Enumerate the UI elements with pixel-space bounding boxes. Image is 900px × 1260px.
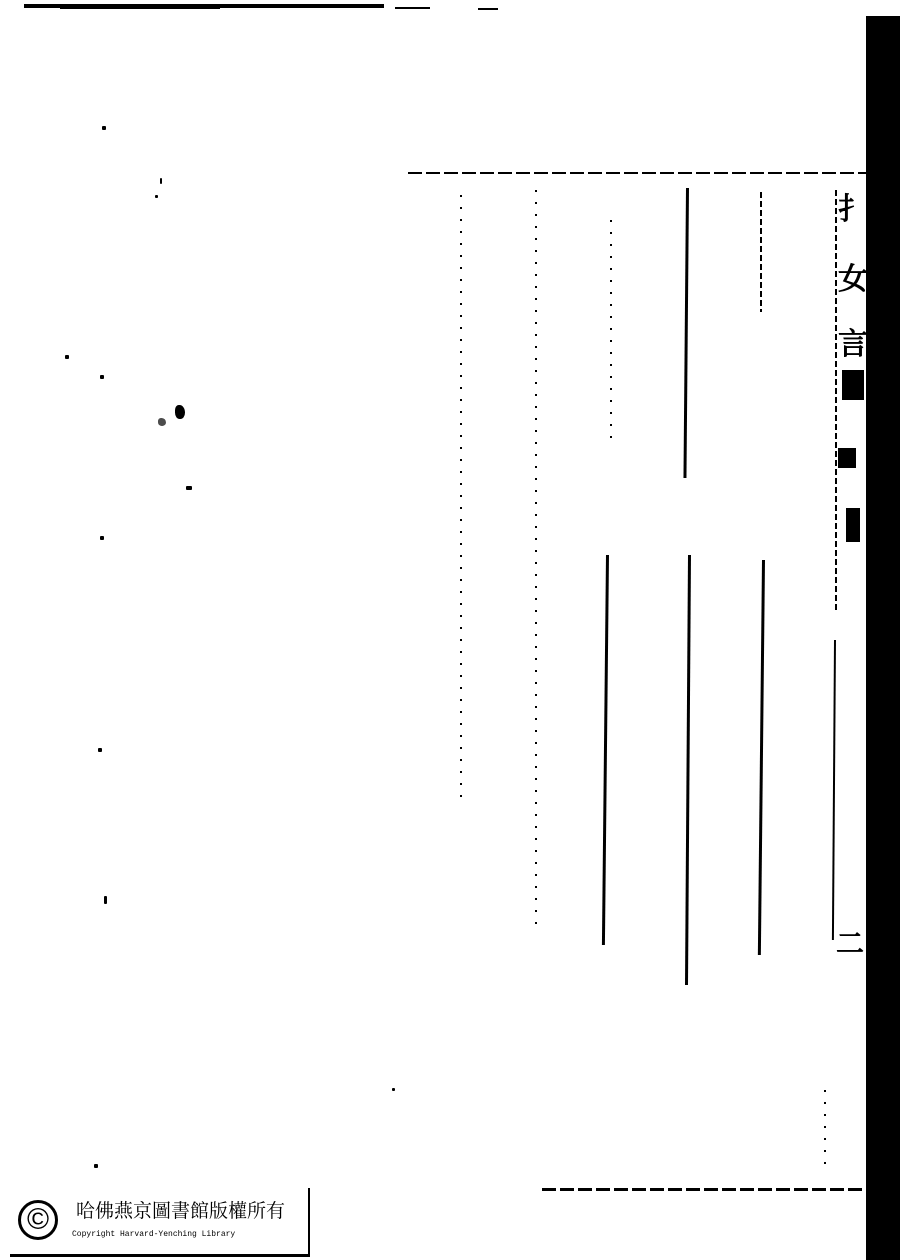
spine-title-glyph: ⼥	[838, 265, 868, 295]
column-rule	[685, 555, 691, 985]
copyright-english-text: Copyright Harvard-Yenching Library	[72, 1230, 235, 1239]
speck	[104, 896, 107, 904]
top-edge-shadow	[60, 7, 220, 9]
speck	[65, 355, 69, 359]
speck	[100, 536, 104, 540]
spine-title-glyph: ⾔	[838, 330, 868, 360]
copyright-stamp: © 哈佛燕京圖書館版權所有 Copyright Harvard-Yenching…	[10, 1188, 310, 1257]
frame-top-rule	[408, 172, 866, 174]
column-rule	[760, 192, 762, 312]
frame-bottom-rule	[542, 1188, 866, 1191]
column-rule	[610, 220, 612, 440]
column-rule	[535, 190, 537, 930]
column-rule	[683, 188, 689, 478]
speck	[160, 178, 162, 184]
speck	[100, 375, 104, 379]
speck	[102, 126, 106, 130]
column-rule	[832, 640, 836, 940]
column-rule	[602, 555, 609, 945]
spine-title-mark	[842, 370, 864, 400]
top-edge-shadow	[395, 7, 430, 9]
speck	[155, 195, 158, 198]
book-spine-edge	[866, 16, 900, 1260]
page-number-mark: 二	[836, 930, 866, 958]
column-rule	[758, 560, 765, 955]
speck	[98, 748, 102, 752]
speck	[392, 1088, 395, 1091]
spine-title-mark	[846, 508, 860, 542]
speck	[186, 486, 192, 490]
spine-title-glyph: ⺘	[838, 195, 868, 225]
column-rule	[460, 195, 462, 805]
column-rule	[824, 1090, 826, 1170]
spine-title-mark	[838, 448, 856, 468]
copyright-icon: ©	[18, 1200, 58, 1240]
ink-smudge	[158, 418, 166, 426]
top-edge-shadow	[478, 8, 498, 10]
column-rule	[835, 190, 837, 610]
scanned-page: ⺘ ⼥ ⾔ 二 © 哈佛燕京圖書館版權所有 Copyright Harvard-…	[0, 0, 900, 1260]
copyright-chinese-text: 哈佛燕京圖書館版權所有	[76, 1196, 285, 1223]
speck	[94, 1164, 98, 1168]
ink-smudge	[175, 405, 185, 419]
